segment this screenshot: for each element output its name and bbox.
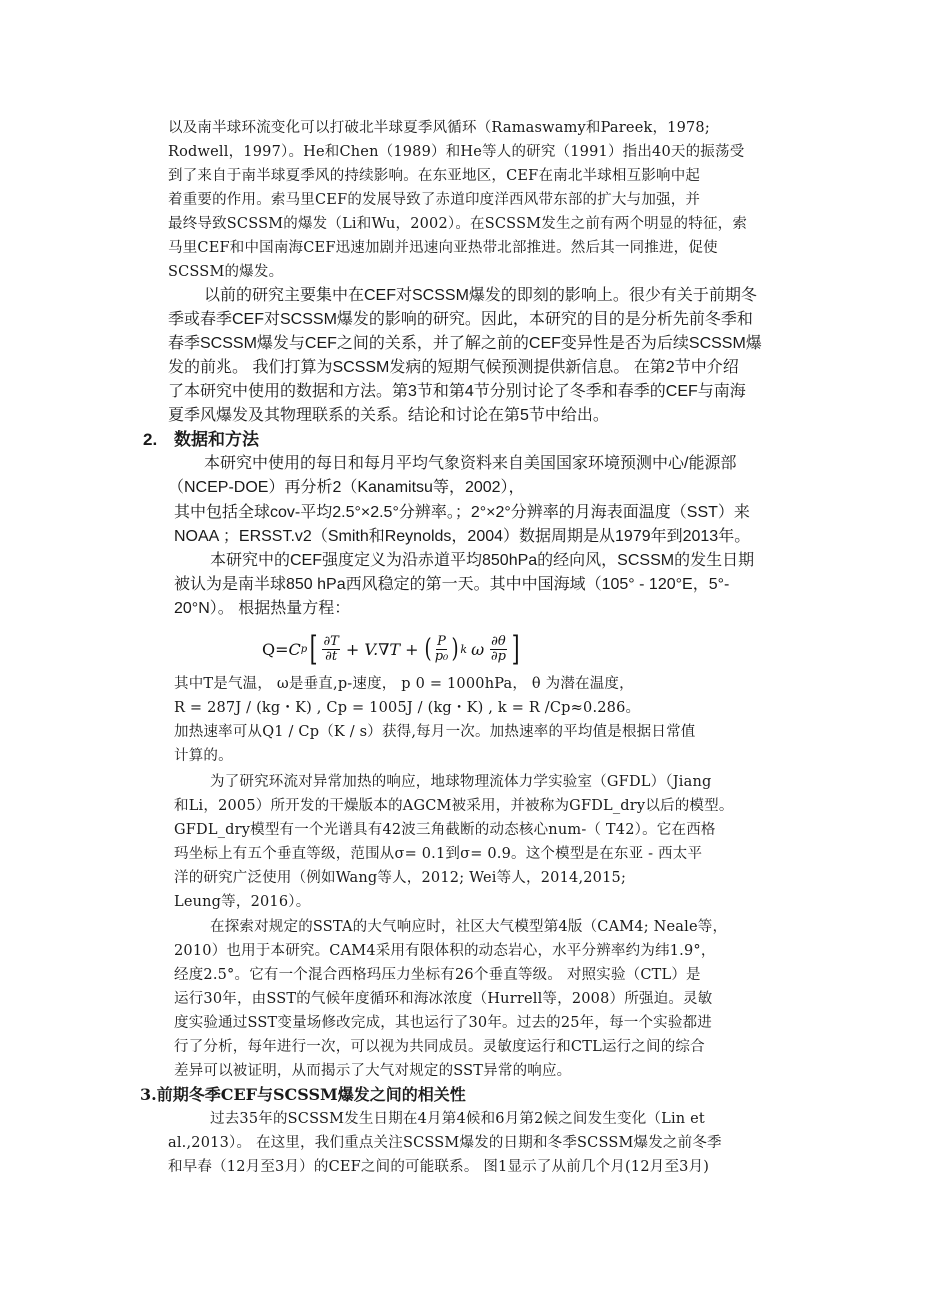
text-line: 以及南半球环流变化可以打破北半球夏季风循环（Ramaswamy和Pareek，1…: [168, 117, 710, 139]
text-line: 和Li，2005）所开发的干燥版本的AGCM被采用，并被称为GFDL_dry以后…: [174, 795, 734, 817]
text-line: 夏季风爆发及其物理联系的关系。结论和讨论在第5节中给出。: [168, 405, 609, 427]
text-line: 本研究中使用的每日和每月平均气象资料来自美国国家环境预测中心/能源部: [204, 453, 736, 475]
left-paren-symbol: (: [424, 636, 431, 662]
text-line: 到了来自于南半球夏季风的持续影响。在东亚地区，CEF在南北半球相互影响中起: [168, 165, 700, 187]
text-line: 洋的研究广泛使用（例如Wang等人，2012; Wei等人，2014,2015;: [174, 867, 626, 889]
text-line: 20°N）。 根据热量方程：: [174, 598, 350, 620]
text-line: 其中T是气温， ω是垂直,p-速度， p 0 = 1000hPa， θ 为潜在温…: [174, 673, 634, 695]
equation-cp: C: [289, 640, 301, 659]
right-paren-symbol: ): [452, 636, 459, 662]
text-line: 和早春（12月至3月）的CEF之间的可能联系。 图1显示了从前几个月(12月至3…: [168, 1156, 709, 1178]
text-line: 被认为是南半球850 hPa西风稳定的第一天。其中中国海域（105° - 120…: [174, 574, 729, 596]
text-line: 2010）也用于本研究。CAM4采用有限体积的动态岩心，水平分辨率约为纬1.9°…: [174, 940, 716, 962]
text-line: （NCEP-DOE）再分析2（Kanamitsu等，2002），: [168, 477, 525, 499]
section-3-heading: 3.前期冬季CEF与SCSSM爆发之间的相关性: [140, 1084, 466, 1106]
text-line: 经度2.5°。它有一个混合西格玛压力坐标有26个垂直等级。 对照实验（CTL）是: [174, 964, 701, 986]
equation-cp-subscript: p: [301, 644, 307, 655]
equation-lhs: Q=: [262, 640, 289, 659]
equation-advection-term: + V.∇T +: [346, 640, 419, 659]
section-title: 数据和方法: [174, 430, 259, 449]
section-number: 2.: [143, 429, 174, 451]
fraction-numerator: P: [436, 635, 447, 650]
text-line: 马里CEF和中国南海CEF迅速加剧并迅速向亚热带北部推进。然后其一同推进，促使: [168, 237, 718, 259]
text-line: SCSSM的爆发。: [168, 261, 283, 283]
text-line: 本研究中的CEF强度定义为沿赤道平均850hPa的经向风，SCSSM的发生日期: [210, 550, 754, 572]
text-line: al.,2013）。 在这里，我们重点关注SCSSM爆发的日期和冬季SCSSM爆…: [168, 1132, 722, 1154]
left-bracket-symbol: [: [310, 632, 318, 666]
fraction-denominator: p₀: [435, 650, 449, 664]
fraction-dtheta-dp: ∂θ ∂p: [490, 635, 507, 664]
text-line: R = 287J / (kg・K) , Cp = 1005J / (kg・K) …: [174, 697, 640, 719]
text-line: 行了分析，每年进行一次，可以视为共同成员。灵敏度运行和CTL运行之间的综合: [174, 1036, 705, 1058]
text-line: 计算的。: [174, 745, 233, 767]
text-line: 玛坐标上有五个垂直等级，范围从σ= 0.1到σ= 0.9。这个模型是在东亚 - …: [174, 843, 702, 865]
text-line: 着重要的作用。索马里CEF的发展导致了赤道印度洋西风带东部的扩大与加强，并: [168, 189, 700, 211]
fraction-dT-dt: ∂T ∂t: [322, 635, 339, 664]
text-line: Rodwell，1997）。He和Chen（1989）和He等人的研究（1991…: [168, 141, 744, 163]
equation-exponent: k: [460, 643, 467, 656]
fraction-numerator: ∂θ: [490, 635, 507, 650]
right-bracket-symbol: ]: [511, 632, 519, 666]
text-line: 加热速率可从Q1 / Cp（K / s）获得,每月一次。加热速率的平均值是根据日…: [174, 721, 695, 743]
fraction-denominator: ∂p: [491, 650, 506, 664]
text-line: GFDL_dry模型有一个光谱具有42波三角截断的动态核心num-（ T42）。…: [174, 819, 716, 841]
paper-page: 以及南半球环流变化可以打破北半球夏季风循环（Ramaswamy和Pareek，1…: [0, 0, 926, 1309]
text-line: 最终导致SCSSM的爆发（Li和Wu，2002）。在SCSSM发生之前有两个明显…: [168, 213, 747, 235]
text-line: NOAA ；ERSST.v2（Smith和Reynolds，2004）数据周期是…: [174, 526, 750, 548]
text-line: 为了研究环流对异常加热的响应，地球物理流体力学实验室（GFDL）（Jiang: [210, 771, 711, 793]
section-2-heading: 2.数据和方法: [143, 429, 259, 451]
text-line: 发的前兆。 我们打算为SCSSM发病的短期气候预测提供新信息。 在第2节中介绍: [168, 357, 739, 379]
fraction-denominator: ∂t: [325, 650, 337, 664]
text-line: 过去35年的SCSSM发生日期在4月第4候和6月第2候之间发生变化（Lin et: [210, 1108, 705, 1130]
text-line: 差异可以被证明，从而揭示了大气对规定的SST异常的响应。: [174, 1060, 571, 1082]
text-line: 以前的研究主要集中在CEF对SCSSM爆发的即刻的影响上。很少有关于前期冬: [204, 285, 757, 307]
text-line: 度实验通过SST变量场修改完成，其也运行了30年。过去的25年，每一个实验都进: [174, 1012, 712, 1034]
fraction-p-p0: P p₀: [435, 635, 449, 664]
text-line: 了本研究中使用的数据和方法。第3节和第4节分别讨论了冬季和春季的CEF与南海: [168, 381, 746, 403]
text-line: 春季SCSSM爆发与CEF之间的关系，并了解之前的CEF变异性是否为后续SCSS…: [168, 333, 762, 355]
text-line: 其中包括全球cov-平均2.5°×2.5°分辨率。；2°×2°分辨率的月海表面温…: [174, 502, 750, 524]
heat-equation: Q= Cp [ ∂T ∂t + V.∇T + ( P p₀ )k ω ∂θ ∂p…: [262, 628, 522, 670]
fraction-numerator: ∂T: [322, 635, 339, 650]
text-line: 季或春季CEF对SCSSM爆发的影响的研究。因此，本研究的目的是分析先前冬季和: [168, 309, 753, 331]
text-line: Leung等，2016）。: [174, 891, 310, 913]
text-line: 在探索对规定的SSTA的大气响应时，社区大气模型第4版（CAM4; Neale等…: [210, 916, 727, 938]
text-line: 运行30年，由SST的气候年度循环和海冰浓度（Hurrell等，2008）所强迫…: [174, 988, 712, 1010]
equation-omega: ω: [471, 640, 484, 659]
